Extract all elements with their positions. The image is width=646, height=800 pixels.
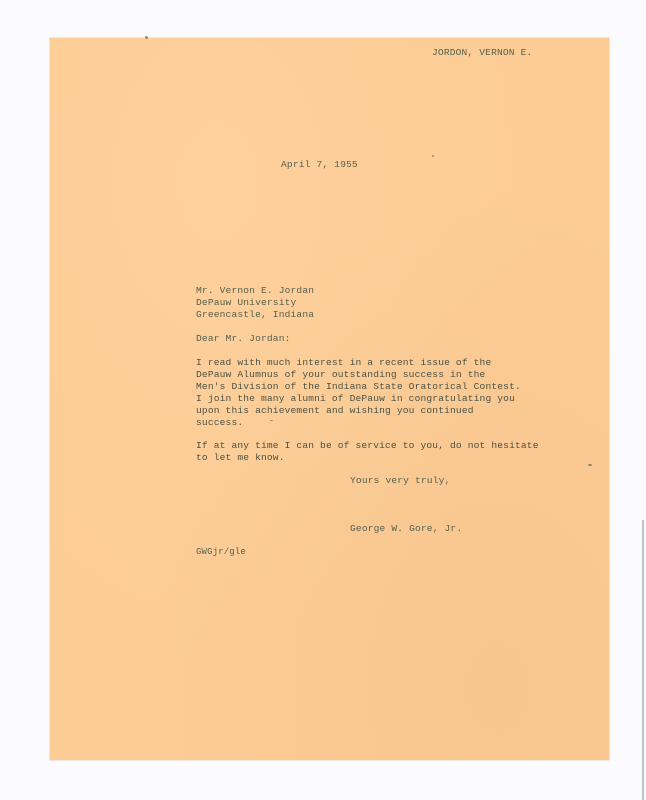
- body-line: I read with much interest in a recent is…: [196, 357, 491, 369]
- letter-date: April 7, 1955: [281, 159, 358, 171]
- scanner-edge-line: [642, 520, 644, 800]
- scanned-page: JORDON, VERNON E. April 7, 1955 Mr. Vern…: [0, 0, 646, 800]
- recipient-location: Greencastle, Indiana: [196, 309, 314, 321]
- body-line: I join the many alumni of DePauw in cong…: [196, 393, 515, 405]
- reference-initials: GWGjr/gle: [196, 546, 246, 558]
- body-line: upon this achievement and wishing you co…: [196, 405, 474, 417]
- paper-speck: [432, 155, 434, 157]
- recipient-institution: DePauw University: [196, 297, 296, 309]
- signature-name: George W. Gore, Jr.: [350, 523, 462, 535]
- staple-mark: [145, 36, 148, 39]
- file-label: JORDON, VERNON E.: [432, 47, 532, 59]
- letter-paper: JORDON, VERNON E. April 7, 1955 Mr. Vern…: [50, 38, 609, 760]
- body-line: Men's Division of the Indiana State Orat…: [196, 381, 521, 393]
- body-line: If at any time I can be of service to yo…: [196, 440, 539, 452]
- body-line: to let me know.: [196, 452, 285, 464]
- paper-speck: [270, 420, 273, 421]
- body-line: DePauw Alumnus of your outstanding succe…: [196, 369, 485, 381]
- recipient-name: Mr. Vernon E. Jordan: [196, 285, 314, 297]
- paper-speck: [588, 464, 592, 466]
- salutation: Dear Mr. Jordan:: [196, 333, 291, 345]
- body-line: success.: [196, 417, 243, 429]
- closing: Yours very truly,: [350, 475, 450, 487]
